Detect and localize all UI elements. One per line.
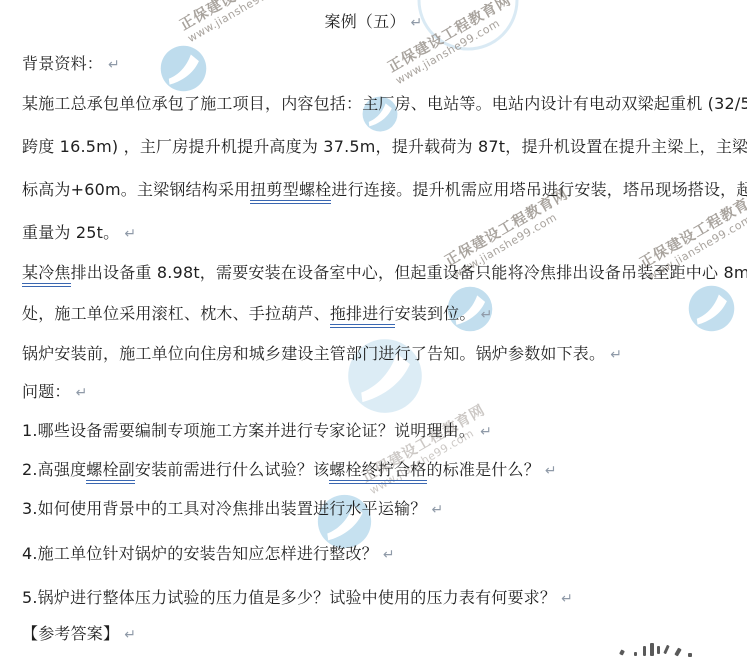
- question-3: 3.如何使用背景中的工具对冷焦排出装置进行水平运输？↵: [22, 496, 443, 518]
- paragraph-mark: ↵: [561, 591, 573, 607]
- para1-line2: 跨度 16.5m) ，主厂房提升机提升高度为 37.5m，提升载荷为 87t，提…: [22, 134, 747, 156]
- title-text: 案例（五）: [325, 12, 406, 31]
- para2-line1: 某冷焦排出设备重 8.98t，需要安装在设备室中心，但起重设备只能将冷焦排出设备…: [22, 260, 747, 282]
- answer-label: 【参考答案】↵: [22, 621, 136, 643]
- paragraph-mark: ↵: [124, 226, 136, 242]
- question-4: 4.施工单位针对锅炉的安装告知应怎样进行整改？↵: [22, 541, 395, 563]
- paragraph-mark: ↵: [124, 627, 136, 643]
- paragraph-mark: ↵: [480, 424, 492, 440]
- para3-line: 锅炉安装前，施工单位向住房和城乡建设主管部门进行了告知。锅炉参数如下表。↵: [22, 341, 622, 363]
- paragraph-mark: ↵: [411, 15, 423, 31]
- question-5: 5.锅炉进行整体压力试验的压力值是多少？试验中使用的压力表有何要求？↵: [22, 585, 573, 607]
- background-label: 背景资料：↵: [22, 51, 120, 73]
- grammar-flagged-term: 拖排进行: [330, 304, 395, 328]
- grammar-flagged-term: 某冷焦: [22, 263, 71, 287]
- document-body: 案例（五）↵ 背景资料：↵ 某施工总承包单位承包了施工项目，内容包括：主厂房、电…: [0, 0, 747, 657]
- paragraph-mark: ↵: [431, 502, 443, 518]
- paragraph-mark: ↵: [610, 347, 622, 363]
- paragraph-mark: ↵: [383, 547, 395, 563]
- para1-line3: 标高为+60m。主梁钢结构采用扭剪型螺栓进行连接。提升机需应用塔吊进行安装，塔吊…: [22, 177, 747, 199]
- question-2: 2.高强度螺栓副安装前需进行什么试验？该螺栓终拧合格的标准是什么？↵: [22, 457, 557, 479]
- questions-label: 问题：↵: [22, 379, 88, 401]
- paragraph-mark: ↵: [76, 385, 88, 401]
- para1-line4: 重量为 25t。↵: [22, 220, 136, 242]
- page-title: 案例（五）↵: [0, 9, 747, 31]
- paragraph-mark: ↵: [545, 463, 557, 479]
- paragraph-mark: ↵: [481, 307, 493, 323]
- grammar-flagged-term: 螺栓副: [86, 460, 135, 484]
- para2-line2: 处，施工单位采用滚杠、枕木、手拉葫芦、拖排进行安装到位。↵: [22, 301, 493, 323]
- grammar-flagged-term: 扭剪型螺栓: [250, 180, 331, 204]
- paragraph-mark: ↵: [108, 57, 120, 73]
- grammar-flagged-term: 螺栓终拧合格: [329, 460, 426, 484]
- question-1: 1.哪些设备需要编制专项施工方案并进行专家论证？说明理由。↵: [22, 418, 492, 440]
- para1-line1: 某施工总承包单位承包了施工项目，内容包括：主厂房、电站等。电站内设计有电动双梁起…: [22, 91, 747, 113]
- document-page: 正保建设工程教育网 www.jianshe99.com 正保建设工程教育网 ww…: [0, 0, 747, 657]
